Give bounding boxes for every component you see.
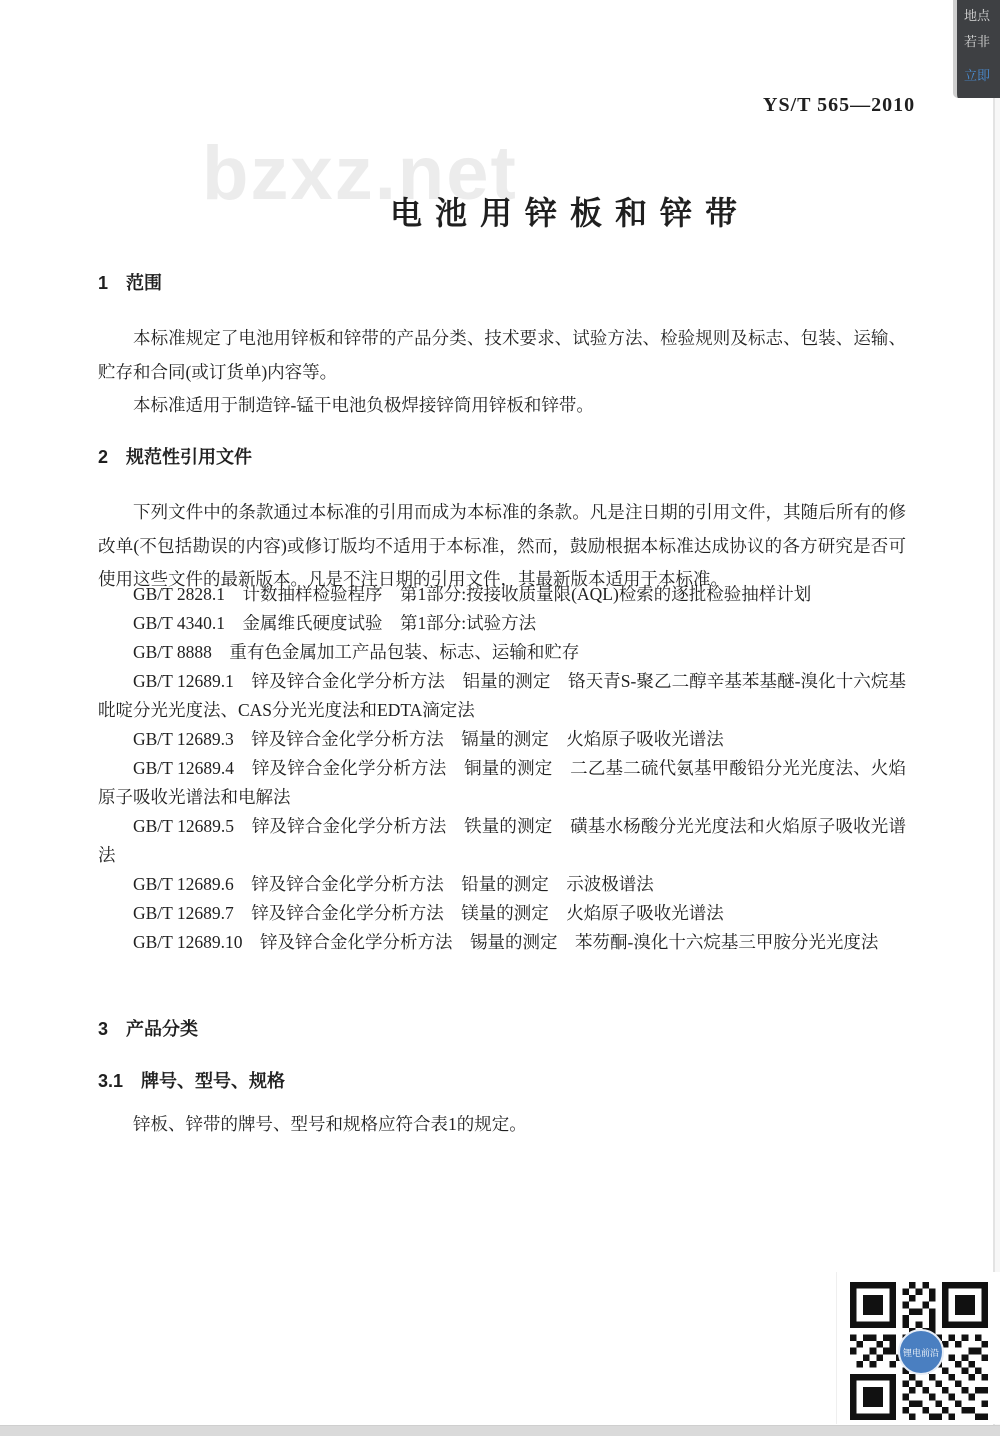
reference-item: GB/T 12689.7 锌及锌合金化学分析方法 镁量的测定 火焰原子吸收光谱法 [98,899,906,928]
qr-badge-label: 锂电前沿 [903,1346,939,1359]
references-list: GB/T 2828.1 计数抽样检验程序 第1部分:按接收质量限(AQL)检索的… [98,580,906,957]
reference-item: GB/T 12689.5 锌及锌合金化学分析方法 铁量的测定 磺基水杨酸分光光度… [98,812,906,870]
popup-text-line: 若非 [964,31,990,50]
popup-text-line: 地点 [964,5,990,24]
reference-item: GB/T 2828.1 计数抽样检验程序 第1部分:按接收质量限(AQL)检索的… [98,580,906,609]
popup-action-link[interactable]: 立即 [964,65,990,84]
section-1-paragraph-2: 本标准适用于制造锌-锰干电池负极焊接锌筒用锌板和锌带。 [98,389,906,423]
reference-item: GB/T 12689.1 锌及锌合金化学分析方法 铝量的测定 铬天青S-聚乙二醇… [98,667,906,725]
qr-code-tile: 锂电前沿 [836,1272,1000,1424]
qr-center-badge: 锂电前沿 [898,1329,944,1375]
reference-item: GB/T 12689.10 锌及锌合金化学分析方法 锡量的测定 苯芴酮-溴化十六… [98,928,906,957]
section-3-heading: 3 产品分类 [98,1018,906,1040]
section-2-heading: 2 规范性引用文件 [98,446,906,468]
page-bottom-edge [0,1425,1000,1436]
section-1-heading: 1 范围 [98,272,906,294]
reference-item: GB/T 12689.3 锌及锌合金化学分析方法 镉量的测定 火焰原子吸收光谱法 [98,725,906,754]
reference-item: GB/T 12689.4 锌及锌合金化学分析方法 铜量的测定 二乙基二硫代氨基甲… [98,754,906,812]
reference-item: GB/T 4340.1 金属维氏硬度试验 第1部分:试验方法 [98,609,906,638]
reference-item: GB/T 12689.6 锌及锌合金化学分析方法 铅量的测定 示波极谱法 [98,870,906,899]
section-1-paragraph-1: 本标准规定了电池用锌板和锌带的产品分类、技术要求、试验方法、检验规则及标志、包装… [98,322,906,389]
document-page: bzxz.net YS/T 565—2010 电池用锌板和锌带 1 范围 本标准… [0,0,1000,1436]
reference-item: GB/T 8888 重有色金属加工产品包装、标志、运输和贮存 [98,638,906,667]
section-3-1-heading: 3.1 牌号、型号、规格 [98,1070,906,1092]
clipped-popup-panel: 地点 若非 立即 [953,0,1000,98]
page-right-edge [993,0,1000,1436]
standard-code: YS/T 565—2010 [763,94,915,117]
section-3-paragraph-1: 锌板、锌带的牌号、型号和规格应符合表1的规定。 [98,1108,906,1142]
document-title: 电池用锌板和锌带 [390,188,750,234]
